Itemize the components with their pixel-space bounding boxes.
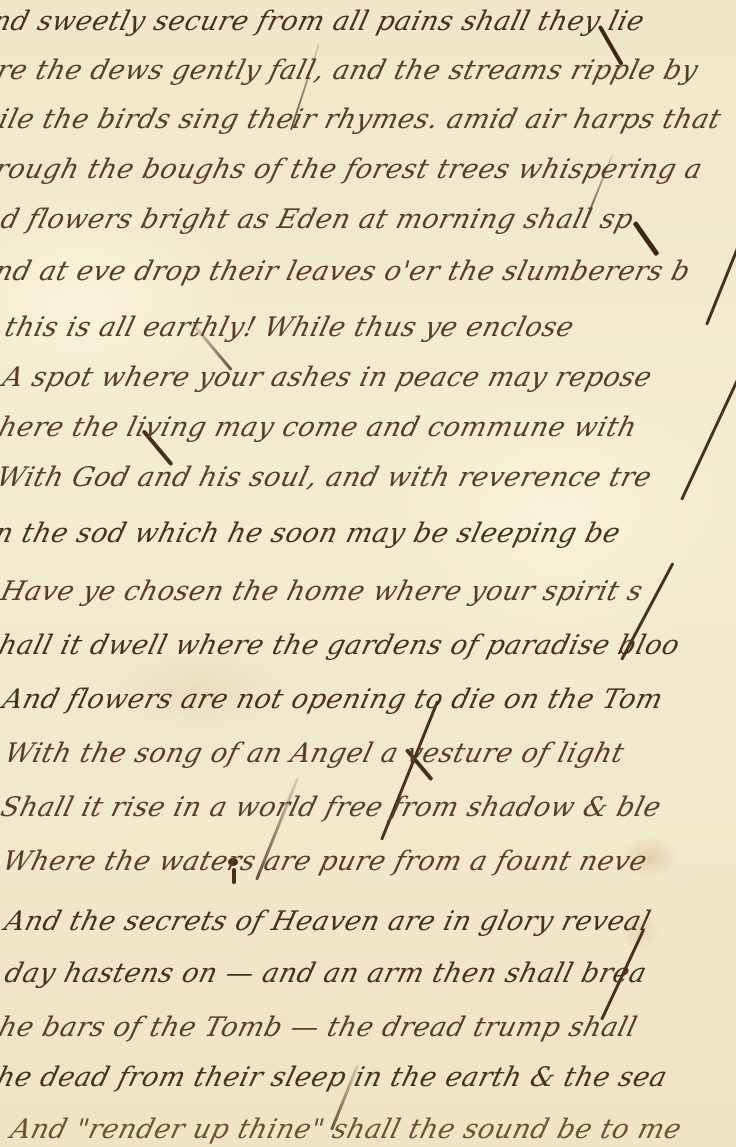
manuscript-line: With God and his soul, and with reverenc… <box>0 464 655 491</box>
ink-flourish <box>633 221 660 257</box>
manuscript-line: nd sweetly secure from all pains shall t… <box>0 8 647 35</box>
manuscript-line: And "render up thine" shall the sound be… <box>8 1116 684 1143</box>
manuscript-line: hall it dwell where the gardens of parad… <box>0 632 682 659</box>
manuscript-line: rough the boughs of the forest trees whi… <box>0 156 705 183</box>
manuscript-line: re the dews gently fall, and the streams… <box>0 57 701 84</box>
manuscript-line: here the living may come and commune wit… <box>0 414 640 441</box>
manuscript-line: Shall it rise in a world free from shado… <box>0 794 664 821</box>
manuscript-page: nd sweetly secure from all pains shall t… <box>0 0 736 1147</box>
manuscript-line: ile the birds sing their rhymes. amid ai… <box>0 106 724 133</box>
manuscript-line: Have ye chosen the home where your spiri… <box>0 578 646 605</box>
ink-flourish <box>705 241 736 326</box>
manuscript-line: Where the waters are pure from a fount n… <box>0 848 650 875</box>
manuscript-line: day hastens on — and an arm then shall b… <box>2 960 650 987</box>
manuscript-line: he bars of the Tomb — the dread trump sh… <box>0 1014 640 1041</box>
manuscript-line: d flowers bright as Eden at morning shal… <box>0 206 636 233</box>
manuscript-line: n the sod which he soon may be sleeping … <box>0 520 623 547</box>
manuscript-line: nd at eve drop their leaves o'er the slu… <box>0 258 693 285</box>
manuscript-line: A spot where your ashes in peace may rep… <box>0 364 655 391</box>
manuscript-line: And the secrets of Heaven are in glory r… <box>2 908 654 935</box>
manuscript-line: this is all earthly! While thus ye enclo… <box>2 314 577 341</box>
ink-flourish <box>680 372 736 500</box>
manuscript-line: And flowers are not opening to die on th… <box>0 686 666 713</box>
manuscript-line: With the song of an Angel a vesture of l… <box>2 740 627 767</box>
manuscript-line: he dead from their sleep in the earth & … <box>0 1064 670 1091</box>
